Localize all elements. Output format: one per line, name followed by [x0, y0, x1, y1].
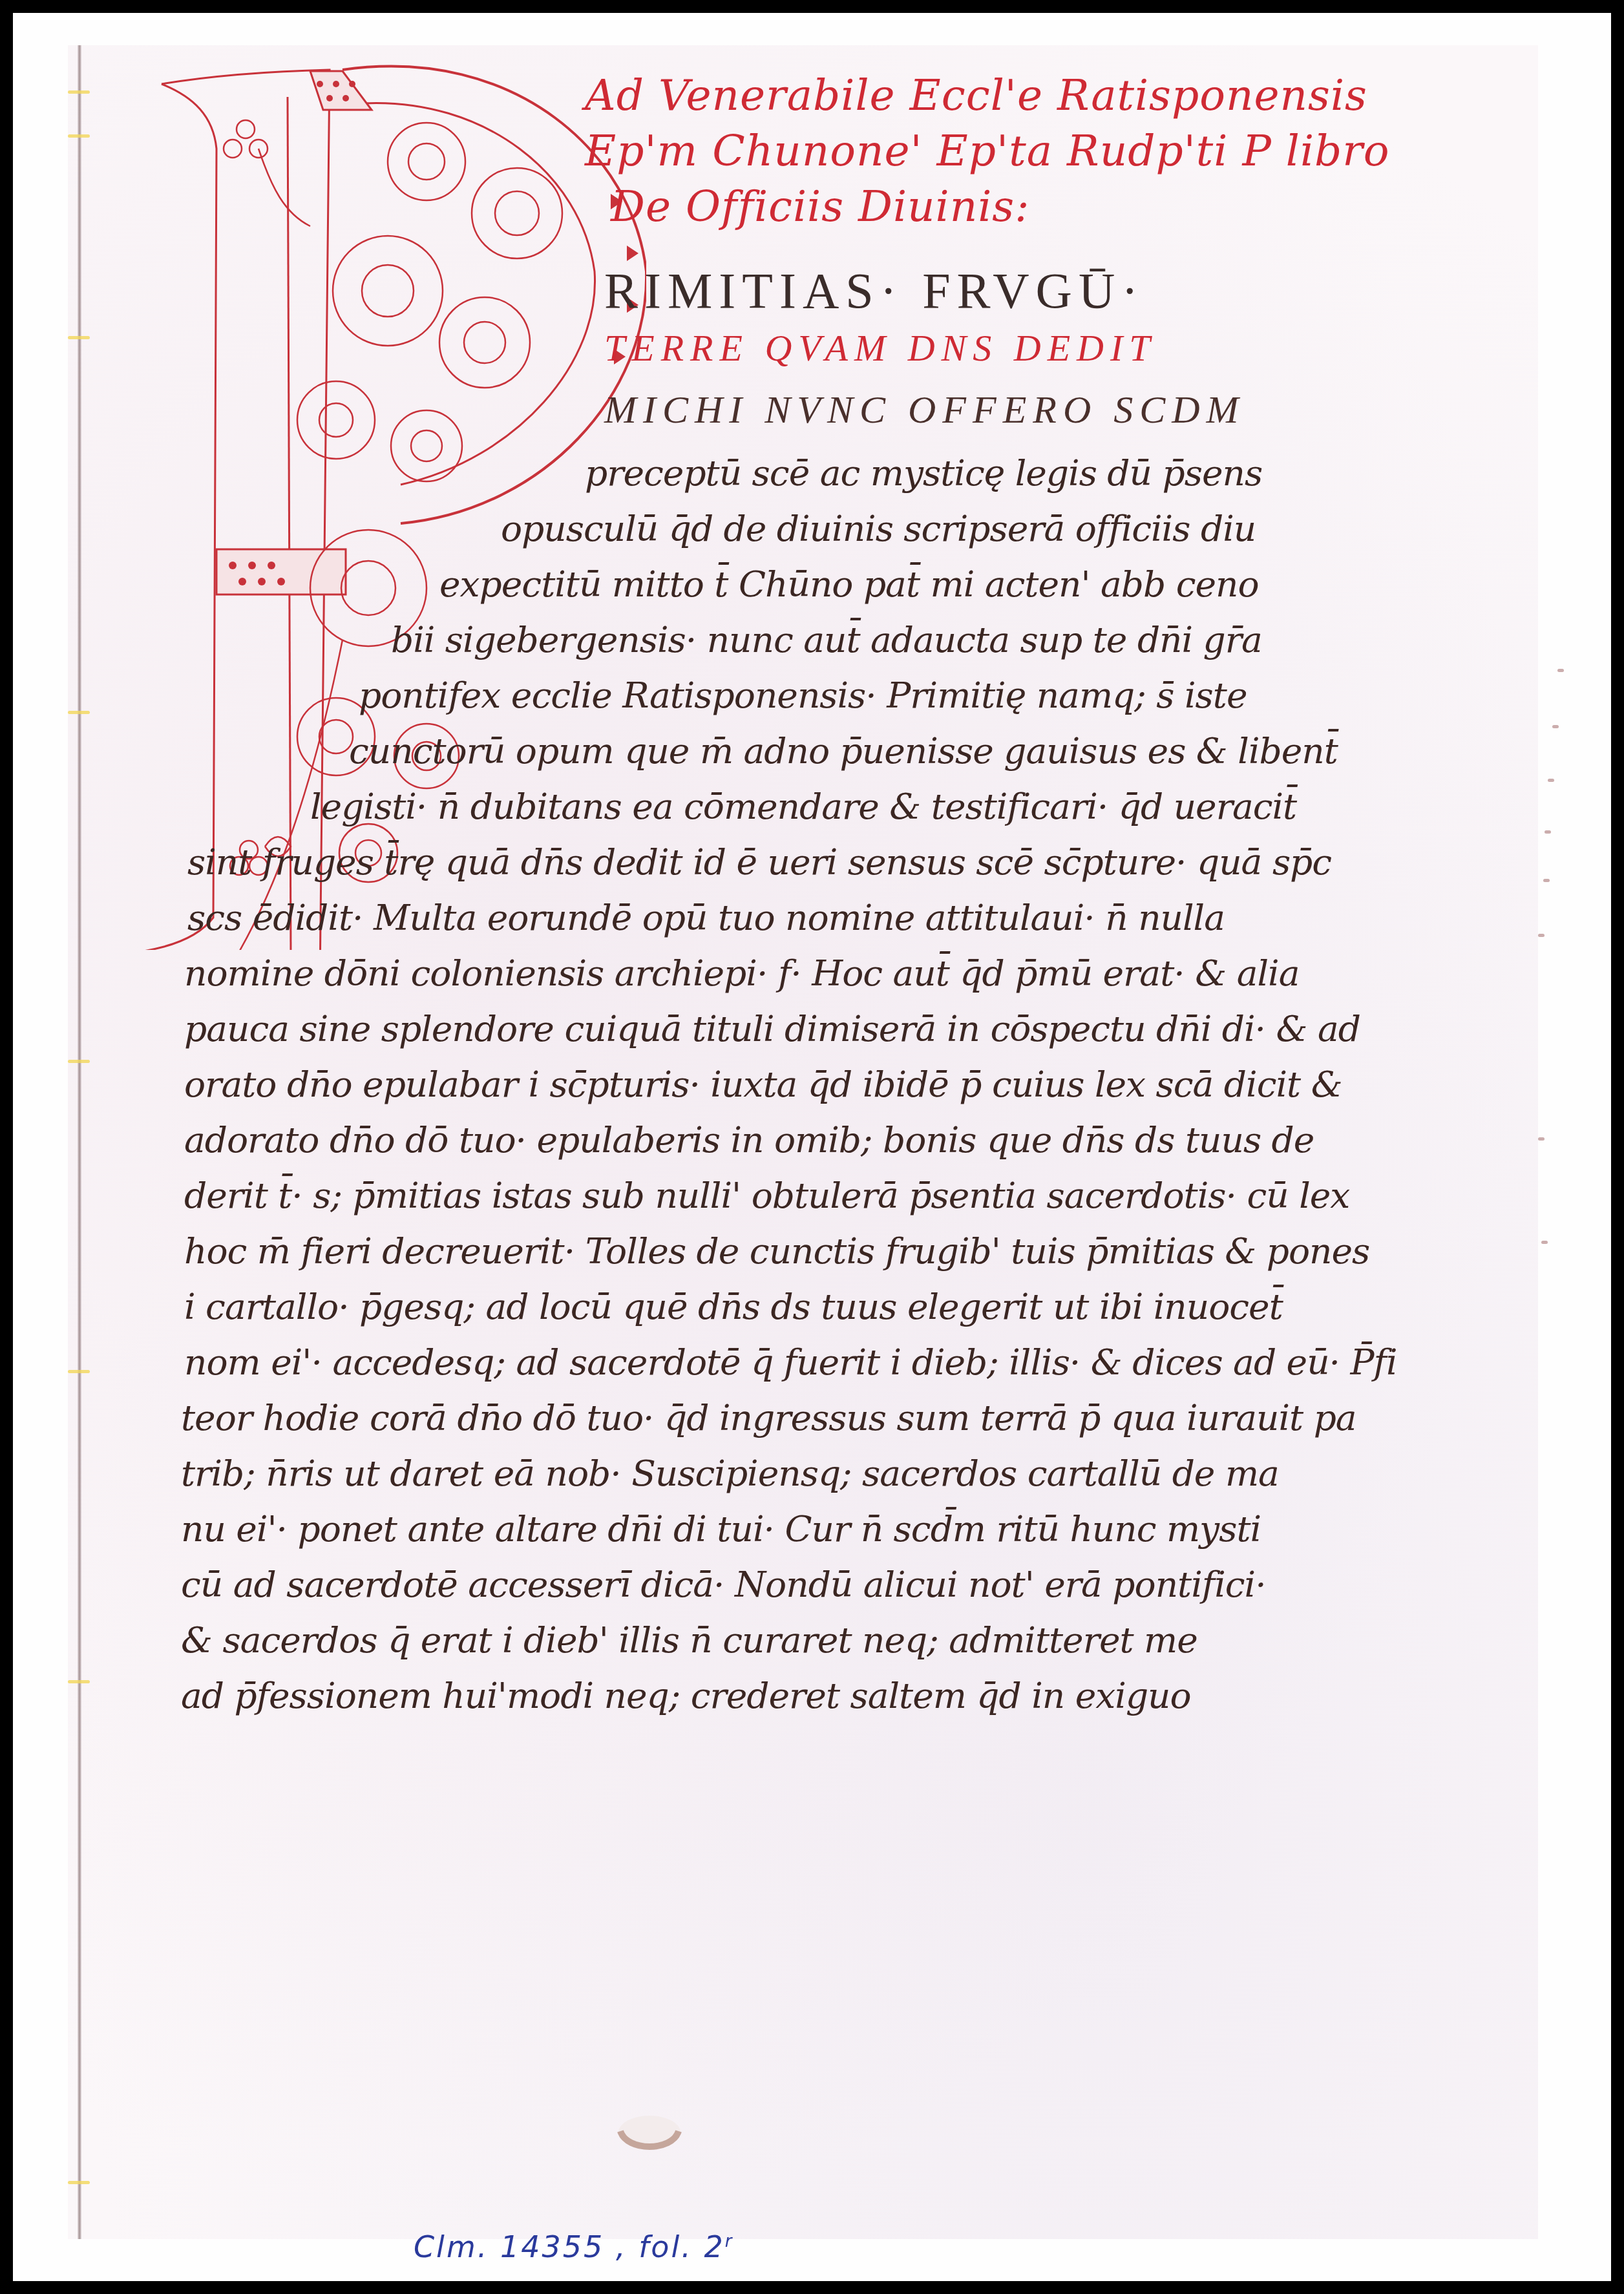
text-line: opusculū q̄d de diuinis scripserā offici… [501, 508, 1256, 549]
pricking-hole [1538, 934, 1545, 937]
text-line: orato dn̄o epulabar i sc̄pturis· iuxta q… [184, 1064, 1342, 1105]
text-line: nomine dōni coloniensis archiepi· f· Hoc… [184, 952, 1299, 994]
pricking-hole [1541, 1241, 1548, 1244]
pricking-hole [1543, 879, 1550, 882]
text-line: expectitū mitto t̄ Chūno pat̄ mi acten' … [439, 563, 1259, 605]
text-line: nom ei'· accedesq; ad sacerdotē q̄ fueri… [184, 1342, 1397, 1383]
display-capitals-line: TERRE QVAM DNS DEDIT [604, 326, 1444, 370]
text-line: i cartallo· p̄gesq; ad locū quē dn̄s ds … [184, 1286, 1283, 1327]
folio-side: r [725, 2232, 734, 2251]
parchment-stain [614, 2107, 685, 2165]
rubric-heading: Ad Venerabile Eccl'e Ratisponensis Ep'm … [585, 68, 1490, 235]
pricking-hole [1545, 830, 1551, 834]
text-line: teor hodie corā dn̄o dō tuo· q̄d ingress… [181, 1397, 1356, 1438]
text-line: sint fruges t̄rę quā dn̄s dedit id ē uer… [187, 841, 1331, 883]
text-line: derit t̄· s; p̄mitias istas sub nulli' o… [184, 1175, 1349, 1216]
text-line: cunctorū opum que m̄ adno p̄uenisse gaui… [349, 730, 1338, 772]
text-line: trib; n̄ris ut daret eā nob· Suscipiensq… [181, 1453, 1279, 1494]
rubric-line: Ad Venerabile Eccl'e Ratisponensis [585, 68, 1490, 123]
pricking-hole [1548, 779, 1554, 782]
text-line: scs ēdidit· Multa eorundē opū tuo nomine… [187, 897, 1225, 938]
text-line: pauca sine splendore cuiquā tituli dimis… [184, 1008, 1360, 1049]
text-line: cū ad sacerdotē accesserī dicā· Nondū al… [181, 1564, 1266, 1605]
text-line: pontifex ecclie Ratisponensis· Primitię … [359, 675, 1247, 716]
text-line: adorato dn̄o dō tuo· epulaberis in omib;… [184, 1119, 1314, 1161]
shelfmark-annotation: Clm. 14355 , fol. 2r [414, 2229, 734, 2264]
pricking-hole [1552, 725, 1559, 728]
margin-tick [68, 2181, 90, 2184]
shelfmark-number: Clm. 14355 [414, 2229, 604, 2264]
text-line: ad p̄fessionem hui'modi neq; crederet sa… [181, 1675, 1191, 1716]
text-line: hoc m̄ fieri decreuerit· Tolles de cunct… [184, 1230, 1369, 1272]
rubric-line: De Officiis Diuinis: [585, 179, 1490, 235]
text-line: & sacerdos q̄ erat i dieb' illis n̄ cura… [181, 1619, 1197, 1661]
display-capitals-line: RIMITIAS· FRVGŪ· [604, 262, 1444, 320]
folio-number: , fol. 2 [616, 2229, 725, 2264]
pricking-hole [1557, 669, 1564, 672]
text-line: nu ei'· ponet ante altare dn̄i di tui· C… [181, 1508, 1261, 1550]
margin-tick [68, 1370, 90, 1373]
text-line: preceptū scē ac mysticę legis dū p̄sens [585, 452, 1262, 494]
rubric-line: Ep'm Chunone' Ep'ta Rudp'ti P libro [585, 123, 1490, 179]
display-capitals-line: MICHI NVNC OFFERO SCDM [604, 388, 1444, 432]
text-line: legisti· n̄ dubitans ea cōmendare & test… [310, 786, 1296, 827]
margin-tick [68, 1060, 90, 1063]
text-line: bii sigebergensis· nunc aut̄ adaucta sup… [391, 619, 1262, 660]
margin-tick [68, 1680, 90, 1683]
pricking-hole [1538, 1137, 1545, 1141]
